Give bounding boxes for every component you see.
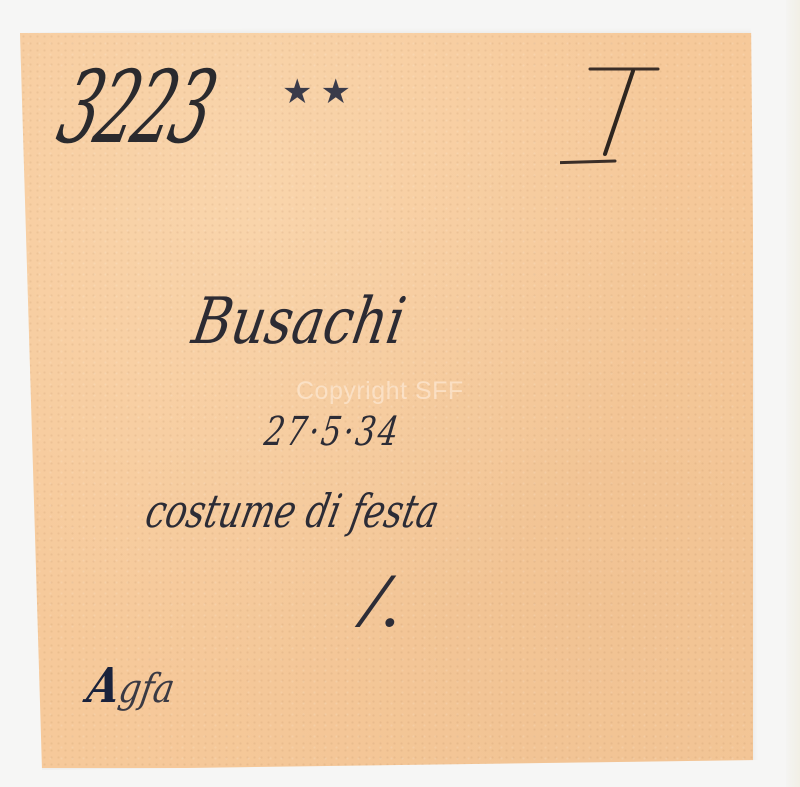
backdrop-edge [786,0,800,787]
copyright-watermark: Copyright SFF [296,377,464,406]
catalog-number: 3223 [50,58,223,158]
date: 27·5·34 [262,412,403,452]
film-brand-rest: gfa [115,666,178,712]
film-brand: Agfa [84,662,179,710]
place-name: Busachi [188,290,410,354]
catalog-stars-icon: ★★ [282,72,359,112]
description: costume di festa [142,488,443,534]
series-roman-numeral: I [560,62,670,172]
